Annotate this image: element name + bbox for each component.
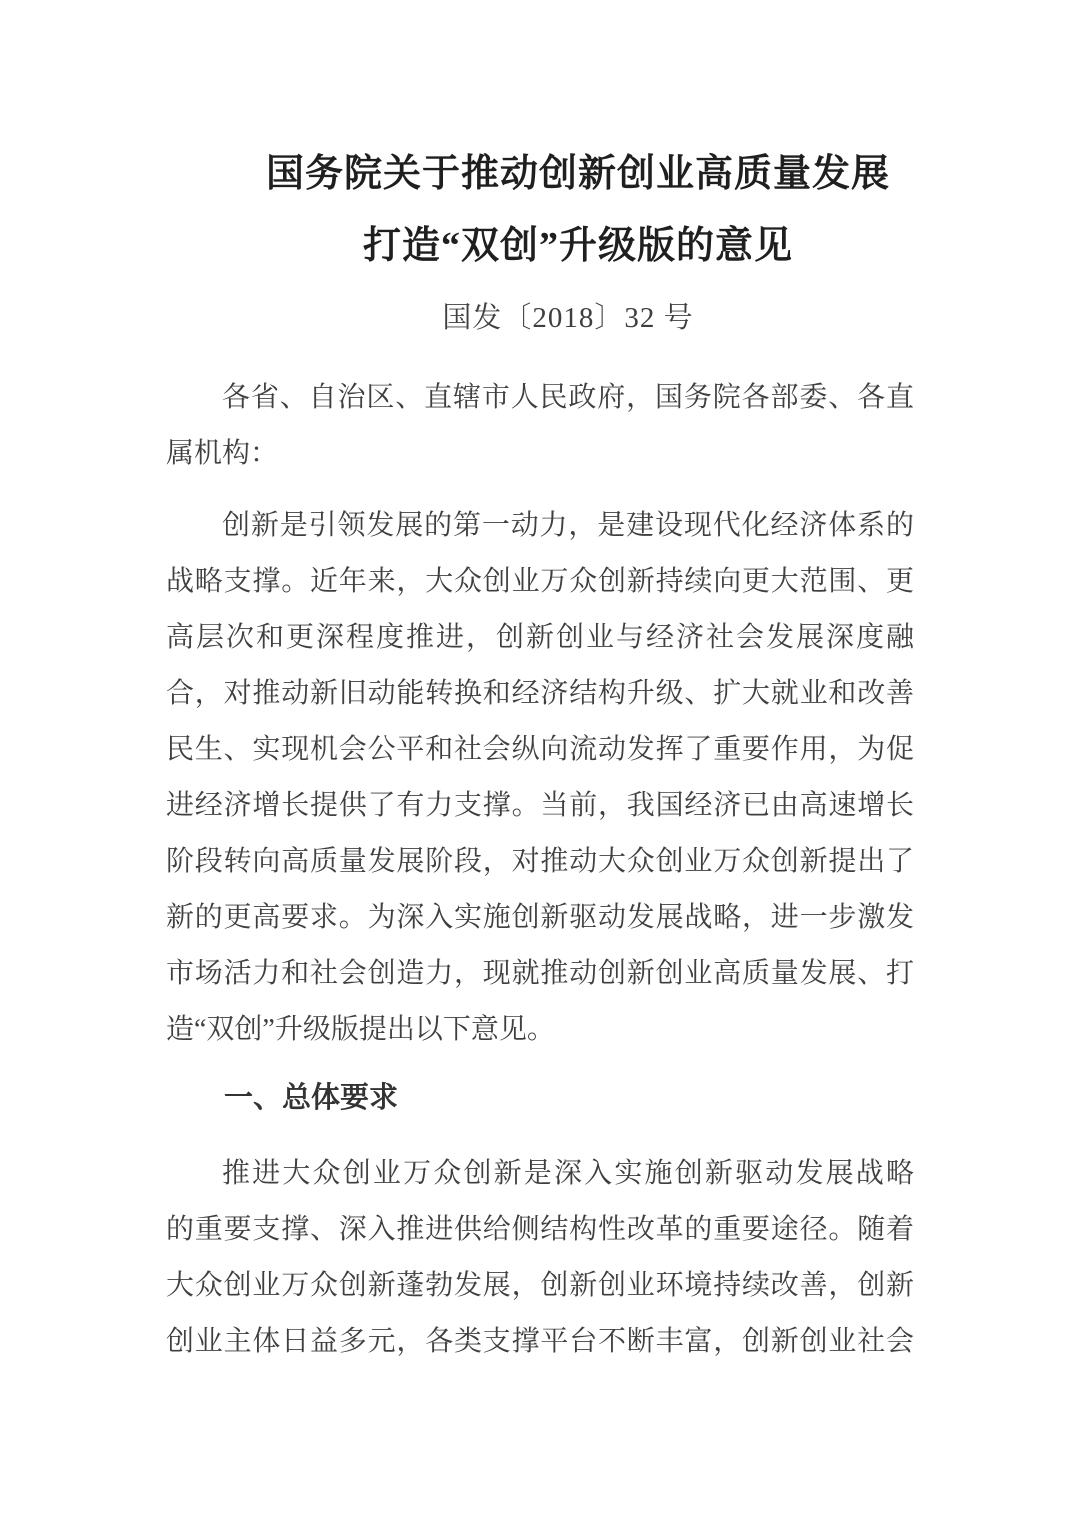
text-line: 造“双创”升级版提出以下意见。: [166, 1002, 914, 1058]
text-line: 推进大众创业万众创新是深入实施创新驱动发展战略: [166, 1146, 914, 1202]
document-title-line-1: 国务院关于推动创新创业高质量发展: [204, 138, 952, 210]
text-line: 创新是引领发展的第一动力，是建设现代化经济体系的: [166, 498, 914, 554]
text-line: 市场活力和社会创造力，现就推动创新创业高质量发展、打: [166, 946, 914, 1002]
section-1-paragraph: 推进大众创业万众创新是深入实施创新驱动发展战略 的重要支撑、深入推进供给侧结构性…: [166, 1146, 914, 1370]
section-1-heading: 一、总体要求: [166, 1070, 914, 1126]
text-line: 阶段转向高质量发展阶段，对推动大众创业万众创新提出了: [166, 834, 914, 890]
text-line: 合，对推动新旧动能转换和经济结构升级、扩大就业和改善: [166, 666, 914, 722]
intro-paragraph: 创新是引领发展的第一动力，是建设现代化经济体系的 战略支撑。近年来，大众创业万众…: [166, 498, 914, 1058]
text-line: 民生、实现机会公平和社会纵向流动发挥了重要作用，为促: [166, 722, 914, 778]
text-line: 各省、自治区、直辖市人民政府，国务院各部委、各直: [166, 370, 914, 426]
text-line: 进经济增长提供了有力支撑。当前，我国经济已由高速增长: [166, 778, 914, 834]
document-title-line-2: 打造“双创”升级版的意见: [204, 210, 952, 282]
text-line: 高层次和更深程度推进，创新创业与经济社会发展深度融: [166, 610, 914, 666]
text-line: 战略支撑。近年来，大众创业万众创新持续向更大范围、更: [166, 554, 914, 610]
text-line: 大众创业万众创新蓬勃发展，创新创业环境持续改善，创新: [166, 1258, 914, 1314]
text-line: 的重要支撑、深入推进供给侧结构性改革的重要途径。随着: [166, 1202, 914, 1258]
document-page: 国务院关于推动创新创业高质量发展 打造“双创”升级版的意见 国发〔2018〕32…: [0, 0, 1080, 1527]
document-number: 国发〔2018〕32 号: [194, 290, 942, 346]
text-line: 新的更高要求。为深入实施创新驱动发展战略，进一步激发: [166, 890, 914, 946]
salutation-paragraph: 各省、自治区、直辖市人民政府，国务院各部委、各直 属机构：: [166, 370, 914, 482]
text-line: 创业主体日益多元，各类支撑平台不断丰富，创新创业社会: [166, 1314, 914, 1370]
text-line: 属机构：: [166, 426, 914, 482]
